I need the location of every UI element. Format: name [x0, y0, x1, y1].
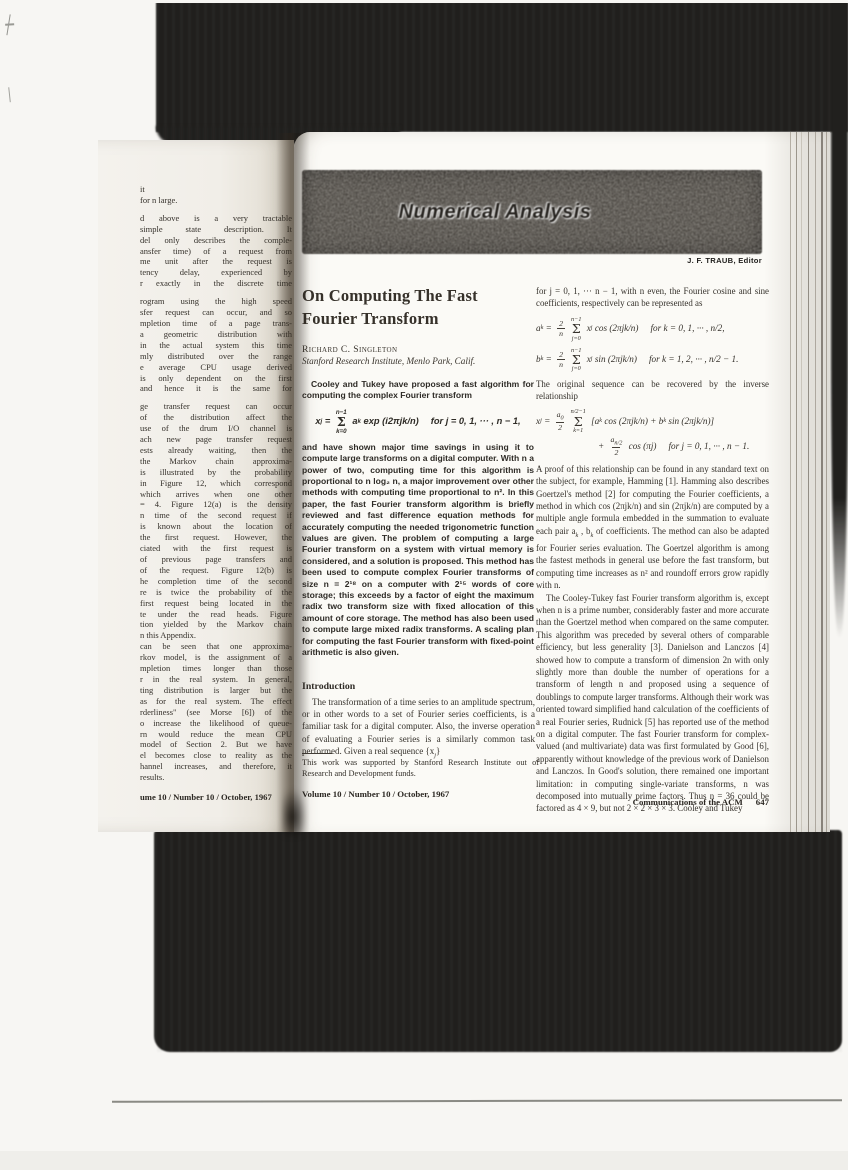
left-page-line: = 4. Figure 12(a) is the density [140, 499, 292, 510]
formula-sine-coefficients: bk = 2n n−1Σj=0 xj sin (2πjk/n) for k = … [536, 347, 769, 372]
body-paragraph: for j = 0, 1, ··· n − 1, with n even, th… [536, 285, 769, 310]
body-paragraph: The original sequence can be recovered b… [536, 378, 769, 403]
left-page-line: in Figure 12, which correspond [140, 478, 292, 489]
body-paragraph: A proof of this relationship can be foun… [536, 463, 769, 592]
left-page-line: simple state description. It [140, 224, 292, 235]
journal-name: Communications of the ACM [633, 797, 743, 807]
body-paragraph: The Cooley-Tukey fast Fourier transform … [536, 592, 769, 815]
issue-footer: Volume 10 / Number 10 / October, 1967 [302, 789, 449, 799]
left-page-line: of the request. Figure 12(b) is [140, 565, 292, 576]
article-abstract: Cooley and Tukey have proposed a fast al… [302, 379, 534, 658]
left-page-line: me unit after the request is [140, 256, 292, 267]
article-title-line2: Fourier Transform [302, 307, 552, 330]
left-page-line: which arrives when one other [140, 489, 292, 500]
fraction-numerator: a0 [556, 411, 565, 422]
left-page-line: in the actual system this time [140, 340, 292, 351]
left-page-line: ach new page transfer request [140, 434, 292, 445]
book-gutter-shadow [276, 133, 310, 832]
left-page-line: ge transfer request can occur [140, 401, 292, 412]
left-page-line: ests already waiting, then the [140, 445, 292, 456]
left-page-line: results. [140, 772, 292, 783]
left-page-line [140, 206, 292, 213]
left-page-line [140, 394, 292, 401]
section-banner: Numerical Analysis [302, 170, 762, 254]
left-page-line: of previous page transfers and [140, 554, 292, 565]
fraction-denominator: n [557, 359, 565, 369]
left-page-line: first request being located in the [140, 598, 292, 609]
scan-black-border-top [156, 2, 848, 132]
page-number: 647 [756, 797, 769, 807]
left-page-line: as for the real system. The effect [140, 696, 292, 707]
right-page: Numerical Analysis J. F. TRAUB, Editor O… [294, 132, 830, 832]
fraction-numerator: an/2 [610, 436, 624, 447]
left-page-line: it [140, 184, 292, 195]
support-footnote: This work was supported by Stanford Rese… [302, 758, 539, 779]
left-page-line: d above is a very tractable [140, 213, 292, 224]
math-expr: cos (2πjk/n) [593, 322, 639, 334]
left-page-line: ciated with the first request is [140, 543, 292, 554]
scan-bottom-tint [0, 1151, 848, 1170]
fraction-numerator: 2 [558, 351, 564, 359]
abstract-paragraph-2: and have shown major time savings in usi… [302, 442, 534, 659]
left-page-line [140, 289, 292, 296]
left-page-line: sfer request can occur, and so [140, 307, 292, 318]
math-expr: exp (i2πjk/n) [361, 416, 419, 427]
math-expr: cos (πj) [626, 440, 656, 452]
math-condition: for k = 1, 2, ··· , n/2 − 1. [649, 353, 738, 365]
article-affiliation: Stanford Research Institute, Menlo Park,… [302, 356, 475, 366]
left-page-line: is illustrated by the probability [140, 467, 292, 478]
left-page-footer: ume 10 / Number 10 / October, 1967 [140, 792, 294, 802]
scan-artifact-line [112, 1099, 842, 1103]
summation-symbol: n−1Σj=0 [571, 317, 581, 342]
math-expr: cos (2πjk/n) + b [602, 415, 663, 427]
fraction: a02 [556, 411, 565, 432]
left-page-line: is only dependent on the first [140, 373, 292, 384]
article-title: On Computing The Fast Fourier Transform [302, 284, 552, 330]
sigma-glyph: Σ [572, 323, 581, 336]
summation-symbol: n−1Σk=0 [336, 410, 347, 435]
left-page-line: re is twice the probability of the [140, 587, 292, 598]
formula-fourier-transform: xj = n−1Σk=0 ak exp (i2πjk/n) for j = 0,… [302, 409, 534, 434]
summation-symbol: n/2−1Σk=1 [571, 409, 586, 434]
math-condition: for k = 0, 1, ··· , n/2, [650, 322, 724, 334]
math-op: = [543, 353, 554, 365]
left-page-line: n this Appendix. [140, 630, 292, 641]
fraction: 2n [557, 320, 565, 339]
left-page-text-column: itfor n large.d above is a very tractabl… [140, 184, 292, 783]
formula-cosine-coefficients: ak = 2n n−1Σj=0 xj cos (2πjk/n) for k = … [536, 316, 769, 341]
left-page-line: r exactly in the discrete time [140, 278, 292, 289]
left-page-line: and hence it is the same for [140, 383, 292, 394]
left-page-line: n time of the second request if [140, 510, 292, 521]
page-edge-line [815, 132, 816, 832]
fraction-numerator: 2 [558, 320, 564, 328]
left-page-line: rn would reduce the mean CPU [140, 729, 292, 740]
left-page-line: rderliness" (see Morse [6]) of the [140, 707, 292, 718]
fraction: 2n [557, 351, 565, 370]
article-author: Richard C. Singleton [302, 344, 397, 355]
scan-black-border-bottom [154, 830, 842, 1052]
left-page-line: use of the drum I/O channel is [140, 423, 292, 434]
left-page-line: del only describes the comple- [140, 235, 292, 246]
sum-lower-limit: j=0 [572, 336, 581, 342]
left-page: itfor n large.d above is a very tractabl… [98, 140, 294, 832]
left-page-line: of the distribution affect the [140, 412, 292, 423]
scan-black-border-right [831, 2, 848, 638]
left-page-line: rkov model, is the assignment of a [140, 652, 292, 663]
abstract-paragraph-1: Cooley and Tukey have proposed a fast al… [302, 379, 534, 402]
page-edge-line [796, 132, 797, 832]
left-page-line: mly distributed over the range [140, 351, 292, 362]
left-page-line: tency delay, experienced by [140, 267, 292, 278]
intro-text-a: The transformation of a time series to a… [302, 697, 535, 756]
sigma-glyph: Σ [572, 354, 581, 367]
fraction: an/22 [610, 436, 624, 457]
math-condition: for j = 0, 1, ··· , n − 1. [668, 440, 749, 452]
summation-symbol: n−1Σj=0 [571, 348, 581, 373]
math-sub: n/2 [614, 440, 622, 447]
math-expr: sin (2πjk/n) [593, 353, 637, 365]
article-title-line1: On Computing The Fast [302, 284, 552, 307]
body-text: , b [578, 526, 590, 536]
math-op: = [543, 322, 554, 334]
page-edge-line [826, 132, 827, 832]
left-page-line: ansfer time) of a request from [140, 246, 292, 257]
fraction-denominator: n [557, 328, 565, 338]
right-text-column: for j = 0, 1, ··· n − 1, with n even, th… [536, 285, 769, 815]
math-op: = [542, 415, 553, 427]
left-page-line: tion yielded by the Markov chain [140, 619, 292, 630]
page-edge-line [821, 132, 823, 832]
left-page-line: is known about the location of [140, 521, 292, 532]
sigma-glyph: Σ [337, 416, 346, 429]
page-edge-line [808, 132, 809, 832]
introduction-paragraph: The transformation of a time series to a… [302, 696, 535, 762]
formula-inverse-relationship-line2: + an/22 cos (πj) for j = 0, 1, ··· , n −… [598, 435, 769, 456]
math-condition: for j = 0, 1, ··· , n − 1, [431, 416, 521, 427]
sum-lower-limit: j=0 [572, 366, 581, 372]
left-page-line: a geometric distribution with [140, 329, 292, 340]
left-page-line: the Markov chain approxima- [140, 456, 292, 467]
sigma-glyph: Σ [574, 416, 583, 429]
introduction-text: The transformation of a time series to a… [302, 696, 535, 762]
left-page-line: el becomes close to reality as the [140, 750, 292, 761]
left-page-line: for n large. [140, 195, 292, 206]
left-page-line: hannel increases, and therefore, it [140, 761, 292, 772]
sum-lower-limit: k=0 [336, 429, 347, 435]
section-editor: J. F. TRAUB, Editor [302, 256, 762, 265]
scan-top-white-strip [0, 0, 848, 3]
journal-footer: Communications of the ACM 647 [536, 797, 769, 807]
pencil-mark-icon [8, 87, 16, 103]
formula-inverse-relationship-line1: xj = a02 n/2−1Σk=1 [ak cos (2πjk/n) + bk… [536, 408, 769, 433]
math-sub: 0 [561, 415, 564, 422]
left-page-line: o increase the likelihood of queue- [140, 718, 292, 729]
left-page-line: rogram using the high speed [140, 296, 292, 307]
left-page-line: can be seen that one approxima- [140, 641, 292, 652]
math-expr: sin (2πjk/n)] [666, 415, 714, 427]
book-gutter-smudge [283, 788, 307, 836]
math-op: + [598, 440, 607, 452]
section-banner-title: Numerical Analysis [330, 170, 660, 254]
left-page-line: model of Section 2. But we have [140, 739, 292, 750]
page-edge-line [790, 132, 791, 832]
left-page-line: te under the read heads. Figure [140, 609, 292, 620]
intro-text-b: } [436, 746, 440, 756]
fraction-denominator: 2 [612, 447, 620, 457]
left-page-line: mpletion times longer than those [140, 663, 292, 674]
math-op: = [322, 416, 333, 427]
left-page-line: ting distribution is larger but the [140, 685, 292, 696]
fraction-denominator: 2 [556, 422, 564, 432]
math-var: a [350, 416, 358, 427]
math-expr: [a [589, 415, 599, 427]
page-edge-line [801, 132, 802, 832]
pencil-mark-icon [6, 14, 19, 36]
left-page-line: mpletion time of a page trans- [140, 318, 292, 329]
left-page-line: the first request. However, the [140, 532, 292, 543]
left-page-line: r in the real system. In general, [140, 674, 292, 685]
left-page-line: e average CPU usage derived [140, 362, 292, 373]
scanned-journal-spread: itfor n large.d above is a very tractabl… [0, 0, 848, 1170]
sum-lower-limit: k=1 [573, 428, 583, 434]
left-page-line: he completion time of the second [140, 576, 292, 587]
